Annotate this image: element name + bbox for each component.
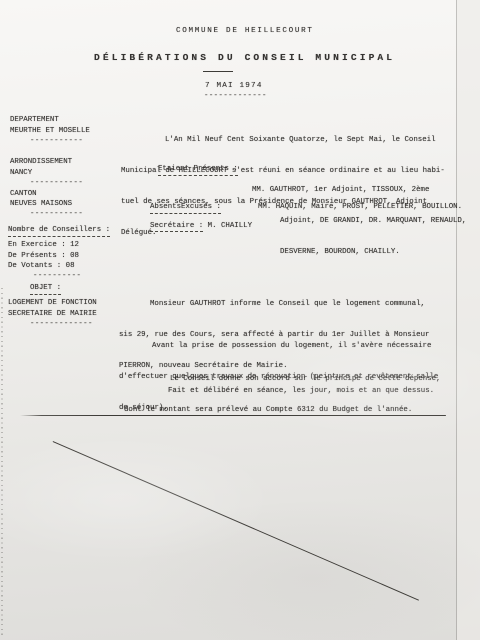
left-perforation-edge <box>1 288 3 638</box>
objet-label-text: OBJET : <box>30 283 61 295</box>
conseillers-divider: ---------- <box>33 271 81 281</box>
objet-label: OBJET : <box>30 283 61 295</box>
arrondissement-divider: ----------- <box>30 178 83 188</box>
canton-label: CANTON <box>10 189 37 199</box>
date-underline-dashes: ------------- <box>204 91 267 101</box>
conseillers-votants: De Votants : 08 <box>8 261 75 271</box>
departement-divider: ----------- <box>30 136 83 146</box>
paragraph-line: Monsieur GAUTHROT informe le Conseil que… <box>119 299 429 309</box>
canton-divider: ----------- <box>30 209 83 219</box>
paragraph-line: dont le montant sera prélevé au Compte 6… <box>124 405 441 415</box>
absents-label-text: AbsentsExcusés : <box>150 202 221 214</box>
document-commune: COMMUNE DE HEILLECOURT <box>176 26 314 36</box>
presents-line: DESVERNE, BOURDON, CHAILLY. <box>280 247 466 257</box>
conseillers-label: Nombre de Conseillers : <box>8 225 110 237</box>
document-title: DÉLIBÉRATIONS DU CONSEIL MUNICIPAL <box>94 53 395 63</box>
departement-label: DEPARTEMENT <box>10 115 59 125</box>
closing-statement: Fait et délibéré en séance, les jour, mo… <box>168 386 434 396</box>
secretaire-row: Secrétaire : M. CHAILLY <box>150 221 252 233</box>
paragraph-line: Le Conseil donne son accord sur le princ… <box>124 374 441 384</box>
absents-names: MM. HAQUIN, Maire, PROST, PELLETIER, BOU… <box>258 202 462 212</box>
scanned-document-page: COMMUNE DE HEILLECOURT DÉLIBÉRATIONS DU … <box>0 0 480 640</box>
secretaire-label-text: Secrétaire : <box>150 221 203 233</box>
blank-space-strike-line <box>52 441 419 601</box>
departement-value: MEURTHE ET MOSELLE <box>10 126 90 136</box>
paragraph-line: L'An Mil Neuf Cent Soixante Quatorze, le… <box>121 135 445 145</box>
presents-line: MM. GAUTHROT, 1er Adjoint, TISSOUX, 2ème <box>252 185 466 195</box>
objet-line-1: LOGEMENT DE FONCTION <box>8 298 97 308</box>
objet-line-2: SECRETAIRE DE MAIRIE <box>8 309 97 319</box>
presents-label-text: Etaient Présents : <box>158 164 238 176</box>
conseillers-label-text: Nombre de Conseillers : <box>8 225 110 237</box>
conseillers-presents: De Présents : 08 <box>8 251 79 261</box>
arrondissement-value: NANCY <box>10 168 32 178</box>
conseillers-en-exercice: En Exercice : 12 <box>8 240 79 250</box>
presents-label: Etaient Présents : <box>158 164 238 176</box>
secretaire-name: M. CHAILLY <box>208 222 252 230</box>
canton-value: NEUVES MAISONS <box>10 199 72 209</box>
right-page-edge <box>457 0 480 640</box>
paragraph-line: Avant la prise de possession du logement… <box>119 341 438 351</box>
absents-label: AbsentsExcusés : <box>150 202 221 214</box>
presents-names: MM. GAUTHROT, 1er Adjoint, TISSOUX, 2ème… <box>252 164 466 278</box>
objet-divider: ------------- <box>30 319 93 329</box>
title-underline <box>203 71 233 72</box>
session-date: 7 MAI 1974 <box>205 81 263 91</box>
presents-line: Adjoint, DE GRANDI, DR. MARQUANT, RENAUL… <box>280 216 466 226</box>
arrondissement-label: ARRONDISSEMENT <box>10 157 72 167</box>
